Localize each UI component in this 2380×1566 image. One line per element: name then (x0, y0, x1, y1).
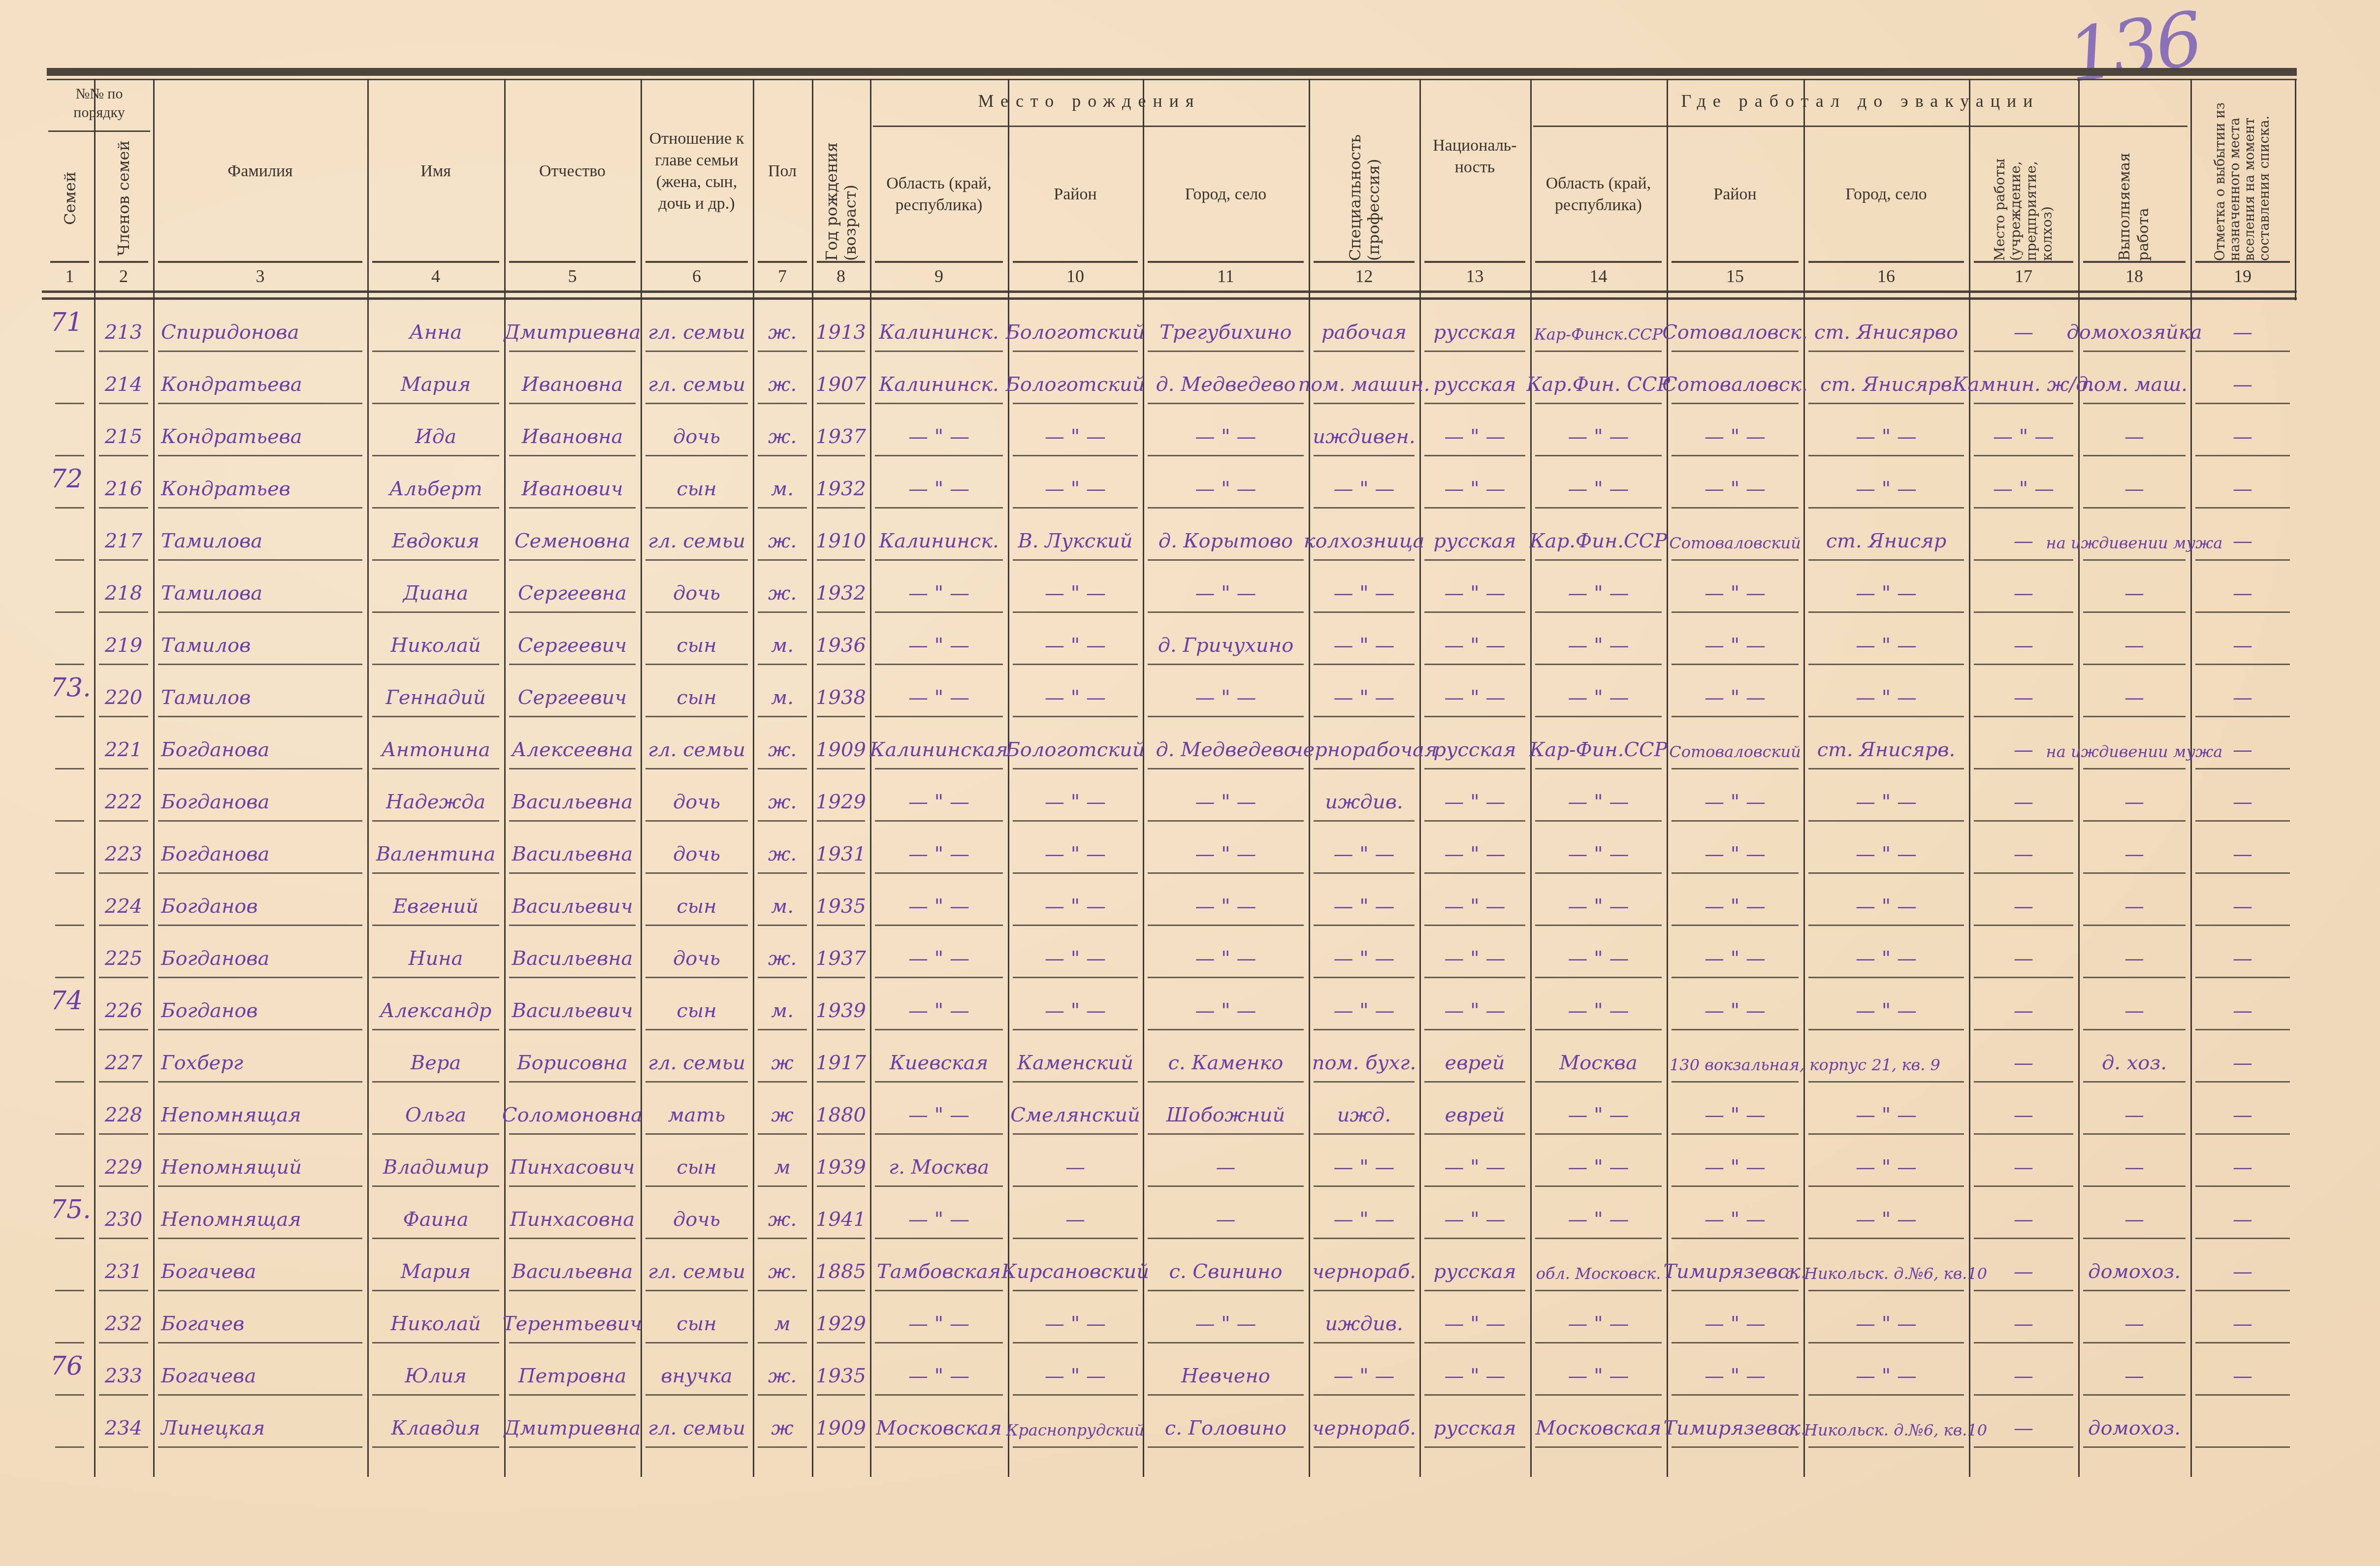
row-underline (645, 1029, 748, 1030)
work-group-rule (1533, 126, 2187, 127)
row-underline (1535, 1238, 1662, 1239)
row-underline (158, 872, 362, 874)
row-underline (875, 1029, 1003, 1030)
cell-birth-district: Бологотский (1011, 723, 1140, 770)
cell-patronymic: Дмитриевна (507, 1401, 638, 1448)
row-underline (1974, 716, 2073, 717)
cell-work-district: — " — (1670, 410, 1801, 457)
row-underline (372, 455, 499, 456)
row-underline (1672, 1342, 1799, 1343)
row-underline (1672, 351, 1799, 352)
cell-birth-place: — " — (1146, 410, 1306, 457)
cell-nationality: — " — (1422, 618, 1527, 666)
row-underline (758, 1081, 807, 1083)
row-underline (1808, 507, 1964, 509)
row-underline (1808, 820, 1964, 822)
row-underline (2083, 664, 2186, 665)
colnum-rule (158, 261, 362, 263)
cell-name: Ида (370, 410, 501, 457)
row-underline (99, 716, 148, 717)
row-underline (2195, 1394, 2290, 1396)
row-underline (99, 1133, 148, 1135)
cell-note: — (2193, 671, 2292, 718)
cell-member: 232 (97, 1297, 150, 1344)
row-underline (1314, 351, 1415, 352)
row-underline (55, 455, 84, 456)
cell-work-district: — " — (1670, 618, 1801, 666)
row-underline (875, 403, 1003, 404)
row-underline (1672, 611, 1799, 613)
cell-birth-district: — " — (1011, 566, 1140, 613)
row-underline (99, 872, 148, 874)
cell-sex: ж. (756, 357, 809, 405)
row-underline (875, 559, 1003, 561)
cell-profession: ижд. (1312, 1088, 1416, 1135)
row-underline (817, 1081, 865, 1083)
row-underline (1148, 1446, 1304, 1448)
cell-surname: Линецкая (156, 1401, 364, 1448)
cell-work-place: — " — (1806, 827, 1966, 874)
cell-profession: — " — (1312, 879, 1416, 927)
row-underline (1535, 507, 1662, 509)
row-underline (1148, 455, 1304, 456)
cell-work-place: — " — (1806, 879, 1966, 927)
cell-note: — (2193, 1036, 2292, 1083)
row-underline (158, 1290, 362, 1291)
cell-birth-place: — " — (1146, 775, 1306, 822)
row-underline (1314, 1029, 1415, 1030)
row-underline (1535, 1029, 1662, 1030)
cell-nationality: русская (1422, 723, 1527, 770)
cell-work-place: ст. Янисярво (1806, 305, 1966, 352)
cell-year: 1939 (815, 1140, 867, 1187)
row-underline (1013, 664, 1138, 665)
row-underline (1974, 1394, 2073, 1396)
cell-workplace: — " — (1972, 462, 2075, 509)
cell-relation: дочь (643, 566, 750, 613)
row-underline (372, 611, 499, 613)
cell-patronymic: Сергеевна (507, 566, 638, 613)
row-underline (158, 1238, 362, 1239)
row-underline (509, 977, 636, 978)
row-underline (372, 1238, 499, 1239)
cell-patronymic: Сергеевич (507, 618, 638, 666)
row-underline (1672, 925, 1799, 926)
cell-birth-region: г. Москва (873, 1140, 1005, 1187)
cell-member: 231 (97, 1245, 150, 1292)
cell-year: 1913 (815, 305, 867, 352)
colnum-rule (50, 261, 89, 263)
row-underline (758, 1238, 807, 1239)
cell-name: Валентина (370, 827, 501, 874)
row-underline (1314, 872, 1415, 874)
header-col18: Выполняемая работа (2081, 128, 2187, 261)
cell-profession: — " — (1312, 1349, 1416, 1396)
header-col9: Область (край, республика) (873, 128, 1005, 261)
row-underline (99, 1290, 148, 1291)
row-underline (875, 977, 1003, 978)
row-underline (1013, 1446, 1138, 1448)
row-underline (158, 768, 362, 769)
row-underline (817, 507, 865, 509)
row-underline (875, 1081, 1003, 1083)
row-underline (1013, 559, 1138, 561)
row-underline (2195, 351, 2290, 352)
row-underline (1974, 768, 2073, 769)
row-underline (2083, 768, 2186, 769)
row-underline (1148, 1133, 1304, 1135)
row-underline (2083, 1342, 2186, 1343)
cell-birth-region: Калининская (873, 723, 1005, 770)
row-underline (158, 507, 362, 509)
row-underline (1535, 820, 1662, 822)
cell-member: 223 (97, 827, 150, 874)
row-underline (1424, 1081, 1525, 1083)
cell-job: домохозяйка (2081, 305, 2187, 352)
cell-name: Клавдия (370, 1401, 501, 1448)
cell-nationality: русская (1422, 1245, 1527, 1292)
row-underline (1672, 716, 1799, 717)
cell-name: Геннадий (370, 671, 501, 718)
row-underline (1424, 1394, 1525, 1396)
cell-surname: Спиридонова (156, 305, 364, 352)
row-underline (158, 351, 362, 352)
cell-job: — (2081, 671, 2187, 718)
row-underline (1535, 403, 1662, 404)
row-underline (2195, 664, 2290, 665)
cell-surname: Кондратьева (156, 357, 364, 405)
row-underline (158, 716, 362, 717)
cell-relation: дочь (643, 1192, 750, 1240)
row-underline (372, 1029, 499, 1030)
cell-year: 1929 (815, 1297, 867, 1344)
row-underline (372, 559, 499, 561)
cell-patronymic: Терентьевич (507, 1297, 638, 1344)
cell-work-region: — " — (1533, 879, 1664, 927)
row-underline (1808, 1238, 1964, 1239)
row-underline (55, 716, 84, 717)
row-underline (55, 1029, 84, 1030)
header-col13: Националь-ность (1422, 81, 1527, 231)
cell-name: Вера (370, 1036, 501, 1083)
row-underline (645, 1446, 748, 1448)
row-underline (99, 820, 148, 822)
cell-birth-place: — " — (1146, 931, 1306, 979)
cell-relation: сын (643, 984, 750, 1031)
row-underline (1974, 507, 2073, 509)
cell-work-region: — " — (1533, 618, 1664, 666)
row-underline (158, 664, 362, 665)
cell-patronymic: Борисовна (507, 1036, 638, 1083)
row-underline (1974, 925, 2073, 926)
cell-birth-district: — (1011, 1140, 1140, 1187)
row-underline (2195, 1133, 2290, 1135)
row-underline (372, 977, 499, 978)
row-underline (2195, 1081, 2290, 1083)
row-underline (645, 1081, 748, 1083)
row-underline (509, 768, 636, 769)
row-underline (158, 1081, 362, 1083)
row-underline (875, 1342, 1003, 1343)
cell-job: — (2081, 566, 2187, 613)
row-underline (2195, 1029, 2290, 1030)
row-underline (645, 820, 748, 822)
cell-birth-region: Тамбовская (873, 1245, 1005, 1292)
cell-sex: м (756, 1297, 809, 1344)
cell-profession: пом. машин. (1312, 357, 1416, 405)
row-underline (1672, 455, 1799, 456)
cell-birth-place: — " — (1146, 827, 1306, 874)
row-underline (1424, 977, 1525, 978)
cell-work-place: — " — (1806, 931, 1966, 979)
cell-name: Надежда (370, 775, 501, 822)
row-underline (55, 507, 84, 509)
cell-work-district: — " — (1670, 984, 1801, 1031)
header-col1: Семей (48, 138, 91, 258)
row-underline (1314, 1238, 1415, 1239)
row-underline (758, 1446, 807, 1448)
colnum-rule (875, 261, 1003, 263)
row-underline (1974, 1342, 2073, 1343)
cell-year: 1941 (815, 1192, 867, 1240)
row-underline (1974, 872, 2073, 874)
cell-profession: — " — (1312, 671, 1416, 718)
row-underline (645, 1238, 748, 1239)
cell-year: 1936 (815, 618, 867, 666)
family-number: 76 (50, 1351, 104, 1381)
cell-relation: сын (643, 671, 750, 718)
row-underline (55, 1394, 84, 1396)
column-number: 15 (1667, 266, 1803, 290)
cell-work-place: — " — (1806, 1088, 1966, 1135)
cell-workplace: — (1972, 827, 2075, 874)
cell-sex: ж. (756, 410, 809, 457)
cell-year: 1929 (815, 775, 867, 822)
cell-profession: — " — (1312, 931, 1416, 979)
cell-birth-region: — " — (873, 775, 1005, 822)
row-underline (1672, 1290, 1799, 1291)
row-underline (2083, 351, 2186, 352)
cell-nationality: — " — (1422, 827, 1527, 874)
column-number: 2 (94, 266, 153, 290)
row-underline (2195, 403, 2290, 404)
cell-work-place: — " — (1806, 1349, 1966, 1396)
cell-nationality: русская (1422, 357, 1527, 405)
row-underline (55, 559, 84, 561)
cell-surname: Богданова (156, 827, 364, 874)
row-underline (1314, 1081, 1415, 1083)
colnum-rule (1148, 261, 1304, 263)
header-col5: Отчество (507, 81, 638, 261)
cell-work-region: Московская (1533, 1401, 1664, 1448)
row-underline (1535, 455, 1662, 456)
row-underline (1672, 403, 1799, 404)
cell-work-region: — " — (1533, 1349, 1664, 1396)
row-underline (1535, 1133, 1662, 1135)
cell-surname: Кондратьев (156, 462, 364, 509)
row-underline (1013, 925, 1138, 926)
row-underline (1314, 403, 1415, 404)
cell-work-region: Кар-Фин.ССР (1533, 723, 1664, 770)
row-underline (158, 559, 362, 561)
cell-member: 215 (97, 410, 150, 457)
row-underline (1013, 768, 1138, 769)
row-underline (509, 559, 636, 561)
row-underline (2195, 611, 2290, 613)
cell-sex: м. (756, 618, 809, 666)
row-underline (372, 820, 499, 822)
row-underline (158, 1133, 362, 1135)
cell-note: — (2193, 1140, 2292, 1187)
cell-patronymic: Ивановна (507, 357, 638, 405)
column-divider (2295, 79, 2296, 300)
row-underline (1424, 1029, 1525, 1030)
cell-work-place: — " — (1806, 618, 1966, 666)
cell-note: — (2193, 1349, 2292, 1396)
row-underline (1148, 559, 1304, 561)
row-underline (875, 872, 1003, 874)
row-underline (1013, 1185, 1138, 1187)
row-underline (1808, 872, 1964, 874)
cell-patronymic: Васильевна (507, 931, 638, 979)
row-underline (2083, 1446, 2186, 1448)
header-col7: Пол (756, 81, 809, 261)
cell-name: Фаина (370, 1192, 501, 1240)
row-underline (158, 611, 362, 613)
row-underline (758, 664, 807, 665)
header-col6: Отношение к главе семьи (жена, сын, дочь… (643, 81, 750, 261)
row-underline (2195, 1185, 2290, 1187)
row-underline (1314, 1290, 1415, 1291)
header-col12: Специальность (профессия) (1312, 81, 1416, 261)
cell-birth-district: — " — (1011, 1349, 1140, 1396)
cell-name: Владимир (370, 1140, 501, 1187)
row-underline (817, 455, 865, 456)
cell-year: 1907 (815, 357, 867, 405)
row-underline (1535, 1290, 1662, 1291)
row-underline (1424, 1342, 1525, 1343)
row-underline (817, 1029, 865, 1030)
cell-nationality: — " — (1422, 775, 1527, 822)
row-underline (55, 1446, 84, 1448)
row-underline (1672, 1238, 1799, 1239)
cell-member: 222 (97, 775, 150, 822)
row-underline (817, 1446, 865, 1448)
column-number: 11 (1143, 266, 1309, 290)
row-underline (1808, 351, 1964, 352)
row-underline (645, 977, 748, 978)
cell-sex: ж (756, 1088, 809, 1135)
cell-surname: Тамилова (156, 566, 364, 613)
row-underline (2195, 925, 2290, 926)
cell-nationality: русская (1422, 305, 1527, 352)
cell-relation: мать (643, 1088, 750, 1135)
row-underline (158, 820, 362, 822)
row-underline (1148, 507, 1304, 509)
cell-patronymic: Васильевна (507, 827, 638, 874)
row-underline (1672, 872, 1799, 874)
cell-workplace: — (1972, 671, 2075, 718)
cell-job: домохоз. (2081, 1401, 2187, 1448)
row-underline (1013, 507, 1138, 509)
row-underline (55, 664, 84, 665)
row-underline (875, 716, 1003, 717)
row-underline (99, 1185, 148, 1187)
row-underline (817, 768, 865, 769)
cell-surname: Богачева (156, 1349, 364, 1396)
row-underline (99, 1446, 148, 1448)
row-underline (1013, 872, 1138, 874)
column-divider (753, 79, 754, 1477)
cell-year: 1880 (815, 1088, 867, 1135)
cell-sex: м. (756, 879, 809, 927)
row-underline (55, 768, 84, 769)
row-underline (645, 403, 748, 404)
row-underline (99, 507, 148, 509)
row-underline (1424, 507, 1525, 509)
row-underline (875, 1394, 1003, 1396)
cell-work-place: ст. Янисярв (1806, 357, 1966, 405)
row-underline (2083, 1081, 2186, 1083)
row-underline (55, 403, 84, 404)
row-underline (1424, 664, 1525, 665)
cell-birth-place: д. Корытово (1146, 514, 1306, 561)
row-underline (1808, 1133, 1964, 1135)
column-number: 8 (812, 266, 870, 290)
cell-patronymic: Сергеевич (507, 671, 638, 718)
row-underline (1808, 1290, 1964, 1291)
cell-profession: — " — (1312, 1192, 1416, 1240)
row-underline (875, 1133, 1003, 1135)
cell-relation: сын (643, 462, 750, 509)
row-underline (372, 1081, 499, 1083)
colnum-rule (758, 261, 807, 263)
column-number: 10 (1008, 266, 1143, 290)
cell-birth-place: Шобожний (1146, 1088, 1306, 1135)
row-underline (2195, 455, 2290, 456)
cell-work-region: — " — (1533, 410, 1664, 457)
header-col2: Членов семей (97, 138, 150, 258)
row-underline (1808, 716, 1964, 717)
cell-sex: ж. (756, 566, 809, 613)
cell-profession: рабочая (1312, 305, 1416, 352)
cell-birth-district: Бологотский (1011, 305, 1140, 352)
cell-workplace: — (1972, 879, 2075, 927)
cell-birth-region: — " — (873, 1192, 1005, 1240)
cell-birth-region: — " — (873, 931, 1005, 979)
cell-birth-region: — " — (873, 410, 1005, 457)
row-underline (1148, 977, 1304, 978)
cell-work-district: — " — (1670, 1349, 1801, 1396)
cell-sex: ж (756, 1401, 809, 1448)
cell-birth-district: — " — (1011, 775, 1140, 822)
cell-birth-district: Краснопрудский (1011, 1401, 1140, 1448)
cell-birth-region: — " — (873, 984, 1005, 1031)
cell-job: — (2081, 879, 2187, 927)
colnum-rule (817, 261, 865, 263)
row-underline (645, 872, 748, 874)
row-underline (1148, 925, 1304, 926)
colnum-rule (1808, 261, 1964, 263)
cell-profession: чернорабочая (1312, 723, 1416, 770)
row-underline (1013, 1238, 1138, 1239)
cell-job: — (2081, 1192, 2187, 1240)
row-underline (817, 820, 865, 822)
cell-relation: сын (643, 1297, 750, 1344)
row-underline (758, 1342, 807, 1343)
cell-birth-place: — " — (1146, 566, 1306, 613)
cell-member: 220 (97, 671, 150, 718)
